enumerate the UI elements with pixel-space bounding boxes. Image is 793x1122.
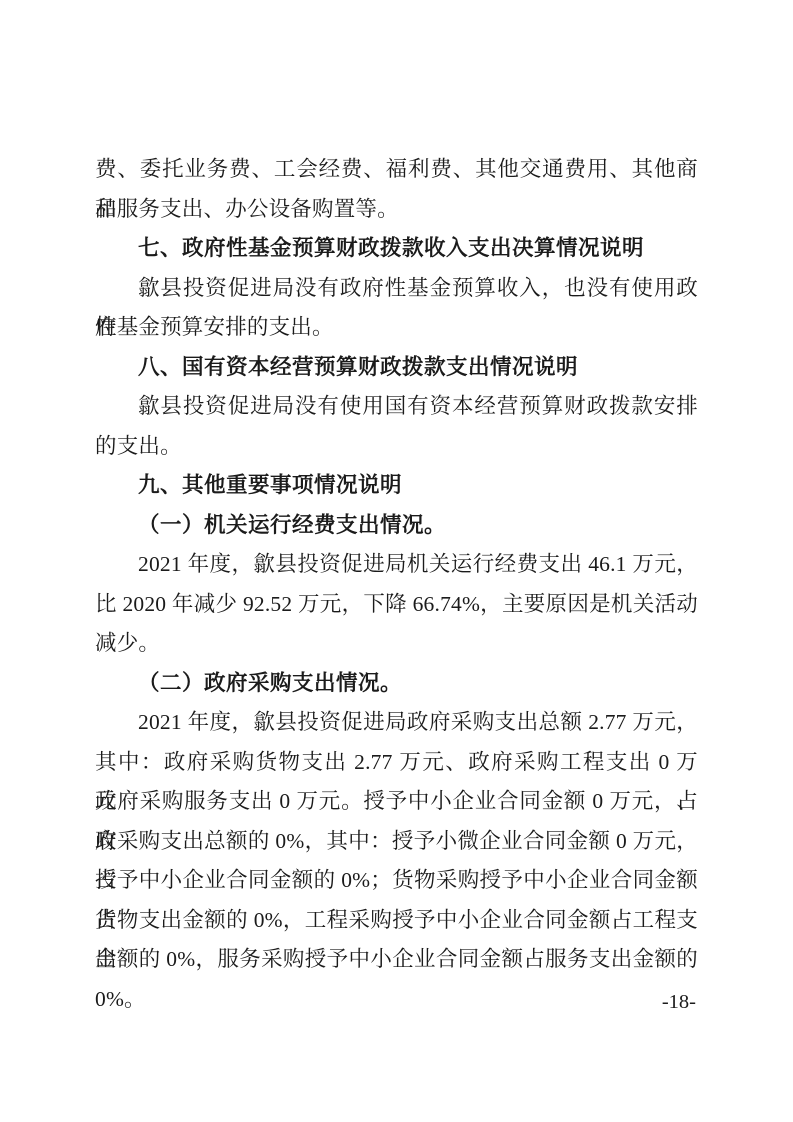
text-line: 其中：政府采购货物支出 2.77 万元、政府采购工程支出 0 万元、: [95, 743, 698, 783]
text-line: 费、委托业务费、工会经费、福利费、其他交通费用、其他商品: [95, 150, 698, 190]
text-line: 减少。: [95, 624, 698, 664]
text-line: 府采购支出总额的 0%，其中：授予小微企业合同金额 0 万元，占: [95, 822, 698, 862]
text-line: 歙县投资促进局没有使用国有资本经营预算财政拨款安排: [95, 387, 698, 427]
section-heading: （二）政府采购支出情况。: [95, 664, 698, 704]
text-line: 性基金预算安排的支出。: [95, 308, 698, 348]
text-line: 歙县投资促进局没有政府性基金预算收入，也没有使用政府: [95, 269, 698, 309]
text-line: 授予中小企业合同金额的 0%；货物采购授予中小企业合同金额占: [95, 861, 698, 901]
text-line: 政府采购服务支出 0 万元。授予中小企业合同金额 0 万元，占政: [95, 782, 698, 822]
text-line: 和服务支出、办公设备购置等。: [95, 190, 698, 230]
section-heading: （一）机关运行经费支出情况。: [95, 506, 698, 546]
text-line: 的支出。: [95, 427, 698, 467]
section-heading: 九、其他重要事项情况说明: [95, 466, 698, 506]
text-line: 金额的 0%，服务采购授予中小企业合同金额占服务支出金额的: [95, 940, 698, 980]
text-line: 比 2020 年减少 92.52 万元，下降 66.74%，主要原因是机关活动: [95, 585, 698, 625]
text-line: 2021 年度，歙县投资促进局政府采购支出总额 2.77 万元，: [95, 703, 698, 743]
text-line: 货物支出金额的 0%，工程采购授予中小企业合同金额占工程支出: [95, 901, 698, 941]
document-page: 费、委托业务费、工会经费、福利费、其他交通费用、其他商品和服务支出、办公设备购置…: [0, 0, 793, 1122]
text-line: 2021 年度，歙县投资促进局机关运行经费支出 46.1 万元，: [95, 545, 698, 585]
document-body: 费、委托业务费、工会经费、福利费、其他交通费用、其他商品和服务支出、办公设备购置…: [95, 150, 698, 1019]
page-number: -18-: [95, 991, 696, 1014]
section-heading: 八、国有资本经营预算财政拨款支出情况说明: [95, 348, 698, 388]
section-heading: 七、政府性基金预算财政拨款收入支出决算情况说明: [95, 229, 698, 269]
